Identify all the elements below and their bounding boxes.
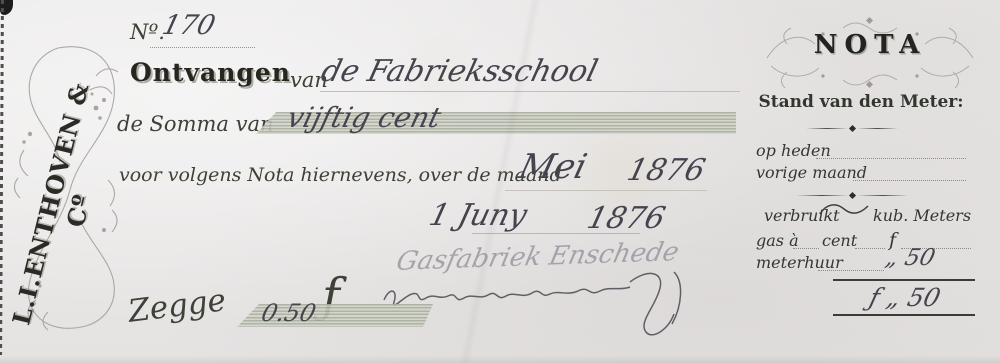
- receipt-number-underline: [150, 46, 255, 48]
- receipt-number-value: 170: [159, 10, 218, 41]
- diamond-ornament: [848, 192, 855, 199]
- month-ruling: [505, 190, 707, 191]
- amount-figures-value: 0.50: [259, 299, 319, 327]
- month-value: Mei: [515, 147, 591, 187]
- date-year-value: 1876: [584, 201, 669, 236]
- date-day-value: 1 Juny: [426, 198, 531, 233]
- diamond-ornament: [848, 125, 855, 132]
- amount-words-value: vijftig cent: [284, 101, 445, 134]
- zegge-label: Zegge: [126, 282, 228, 330]
- kub-meters-label: kub. Meters: [873, 206, 971, 225]
- cent-label: cent: [822, 231, 857, 250]
- meterhuur-value: „ 50: [883, 245, 938, 271]
- total-value: ƒ „ 50: [866, 283, 943, 312]
- somma-label: de Somma van: [117, 112, 274, 136]
- meterhuur-dotted-line: [818, 269, 884, 271]
- op-heden-dotted-line: [816, 157, 966, 159]
- received-from-value: de Fabrieksschool: [318, 54, 602, 89]
- signature-scribble: [378, 262, 718, 337]
- total-double-rule: [833, 314, 975, 316]
- vorige-maand-dotted-line: [853, 179, 966, 181]
- divider-ornament: [806, 126, 898, 131]
- verbruikt-dash-mark: [818, 200, 872, 222]
- month-year-value: 1876: [624, 153, 709, 188]
- receipt-document: L.I.ENTHOVEN & Cº Nº. 170 Ontvangen van …: [0, 0, 1000, 363]
- ontvangen-heading: Ontvangen: [130, 58, 291, 87]
- date-ruling: [472, 233, 640, 234]
- nota-title: NOTA: [782, 30, 958, 60]
- divider-ornament: [796, 193, 908, 198]
- received-from-ruling: [320, 91, 740, 92]
- vorige-maand-label: vorige maand: [756, 163, 867, 182]
- subtotal-rule: [833, 279, 975, 281]
- cent-dotted-line: [855, 247, 885, 249]
- meter-heading: Stand van den Meter:: [752, 92, 970, 112]
- gas-dotted-line: [793, 247, 819, 249]
- month-line-label: voor volgens Nota hiernevens, over de ma…: [119, 164, 562, 186]
